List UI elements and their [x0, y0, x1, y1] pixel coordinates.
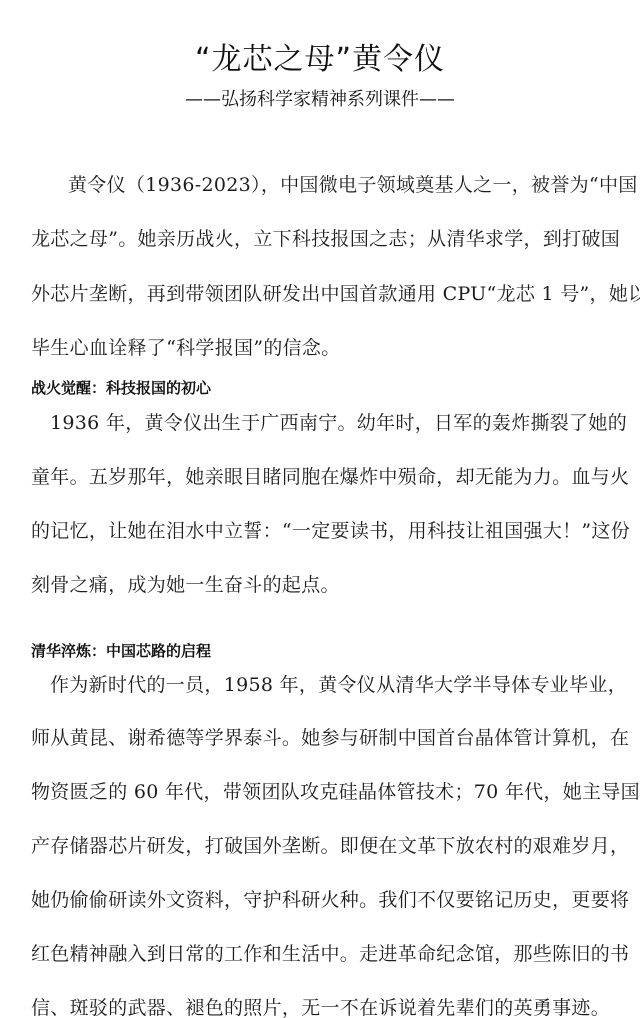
section-heading: 清华淬炼：中国芯路的启程 — [31, 640, 211, 661]
text-line: 童年。五岁那年，她亲眼目睹同胞在爆炸中殒命，却无能为力。血与火 — [31, 462, 621, 489]
text-line: 1936 年，黄令仪出生于广西南宁。幼年时，日军的轰炸撕裂了她的 — [50, 408, 640, 435]
page-subtitle: ——弘扬科学家精神系列课件—— — [0, 85, 640, 111]
text-line: 她仍偷偷研读外文资料，守护科研火种。我们不仅要铭记历史，更要将 — [31, 885, 621, 912]
text-line: 刻骨之痛，成为她一生奋斗的起点。 — [31, 570, 621, 597]
text-line: 的记忆，让她在泪水中立誓：“一定要读书，用科技让祖国强大！”这份 — [31, 516, 621, 543]
text-line: 师从黄昆、谢希德等学界泰斗。她参与研制中国首台晶体管计算机，在 — [31, 723, 621, 750]
page-title: “龙芯之母”黄令仪 — [0, 34, 640, 78]
text-line: 外芯片垄断，再到带领团队研发出中国首款通用 CPU“龙芯 1 号”，她以 — [31, 279, 621, 306]
text-line: 红色精神融入到日常的工作和生活中。走进革命纪念馆，那些陈旧的书 — [31, 939, 621, 966]
text-line: 产存储器芯片研发，打破国外垄断。即便在文革下放农村的艰难岁月， — [31, 831, 621, 858]
text-line: 物资匮乏的 60 年代，带领团队攻克硅晶体管技术；70 年代，她主导国 — [31, 777, 621, 804]
text-line: 作为新时代的一员，1958 年，黄令仪从清华大学半导体专业毕业， — [50, 670, 640, 697]
section-heading: 战火觉醒：科技报国的初心 — [31, 377, 211, 398]
text-line: 毕生心血诠释了“科学报国”的信念。 — [31, 333, 621, 360]
text-line: 黄令仪（1936-2023），中国微电子领域奠基人之一，被誉为“中国 — [68, 170, 640, 197]
text-line: 龙芯之母”。她亲历战火，立下科技报国之志；从清华求学，到打破国 — [31, 224, 621, 251]
text-line: 信、斑驳的武器、褪色的照片，无一不在诉说着先辈们的英勇事迹。 — [31, 993, 621, 1018]
